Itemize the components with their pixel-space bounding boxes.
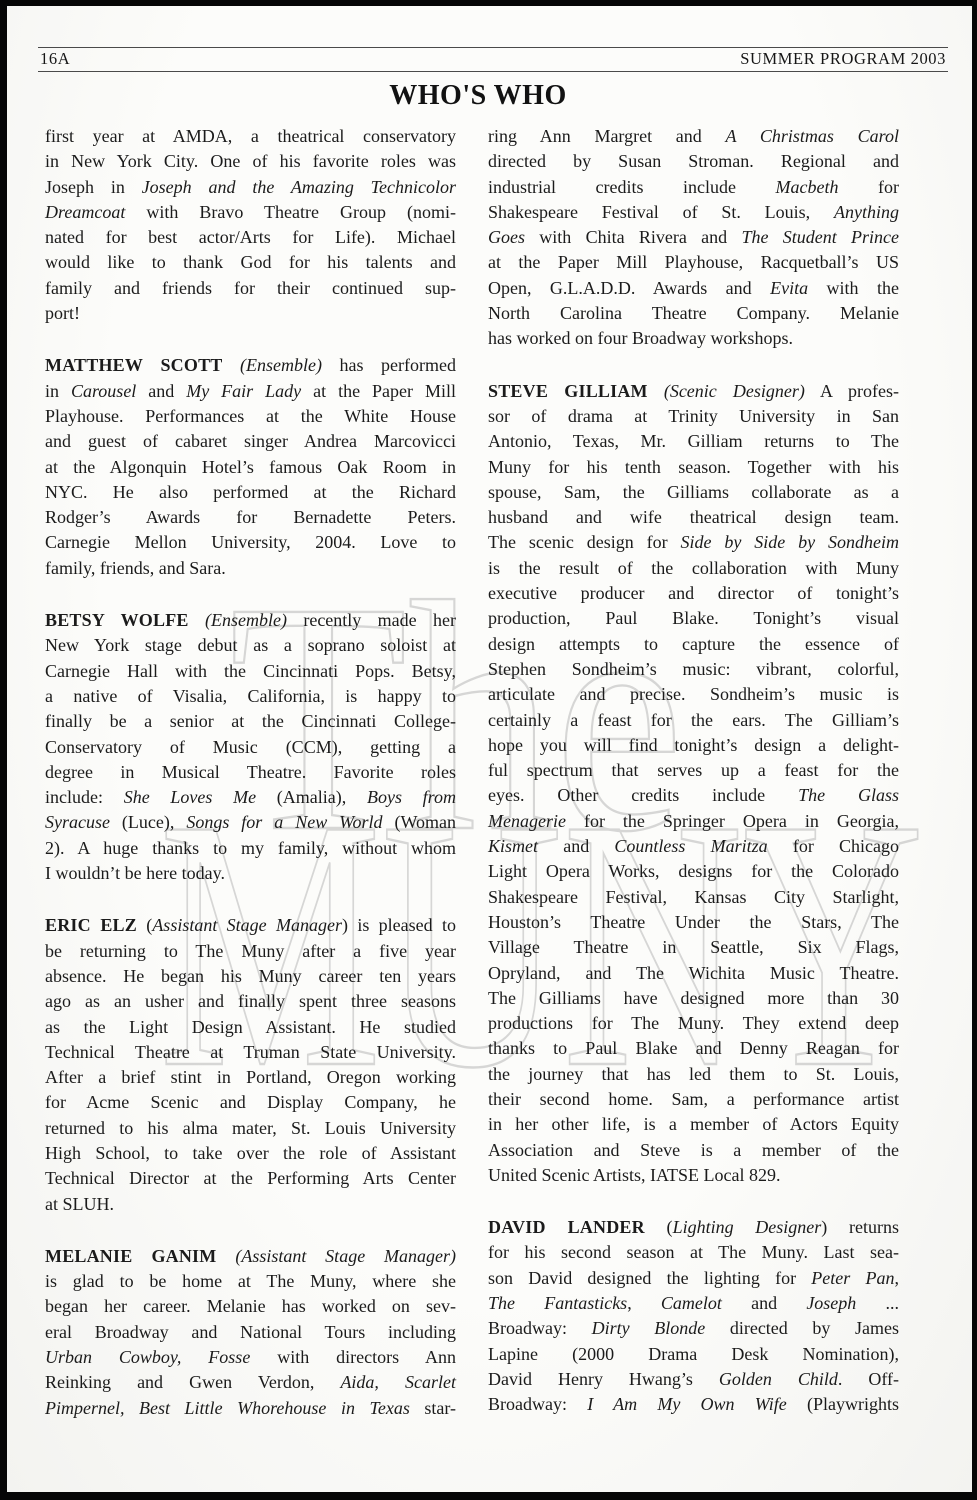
bio-line: would like to thank God for his talents … <box>45 250 456 275</box>
bio-paragraph: ERIC ELZ (Assistant Stage Manager) is pl… <box>45 913 456 1217</box>
bio-line: Conservatory of Music (CCM), getting a <box>45 735 456 760</box>
bio-line: New York stage debut as a soprano solois… <box>45 633 456 658</box>
bio-line: finally be a senior at the Cincinnati Co… <box>45 709 456 734</box>
bio-line: Lapine (2000 Drama Desk Nomination), <box>488 1342 899 1367</box>
column-right: ring Ann Margret and A Christmas Caroldi… <box>488 124 899 1421</box>
bio-line: thanks to Paul Blake and Denny Reagan fo… <box>488 1036 899 1061</box>
bio-line: Kismet and Countless Maritza for Chicago <box>488 834 899 859</box>
bios-content: first year at AMDA, a theatrical conserv… <box>45 124 899 1421</box>
bio-line: first year at AMDA, a theatrical conserv… <box>45 124 456 149</box>
bio-line: include: She Loves Me (Amalia), Boys fro… <box>45 785 456 810</box>
bio-line: Antonio, Texas, Mr. Gilliam returns to T… <box>488 429 899 454</box>
bio-line: The Fantasticks, Camelot and Joseph ... <box>488 1291 899 1316</box>
bio-paragraph: MELANIE GANIM (Assistant Stage Manager)i… <box>45 1244 456 1421</box>
bio-line: executive producer and director of tonig… <box>488 581 899 606</box>
page-title: WHO'S WHO <box>45 80 911 112</box>
bio-line: spouse, Sam, the Gilliams collaborate as… <box>488 480 899 505</box>
bio-line: ring Ann Margret and A Christmas Carol <box>488 124 899 149</box>
bio-line: Syracuse (Luce), Songs for a New World (… <box>45 810 456 835</box>
bio-line: Light Opera Works, designs for the Color… <box>488 859 899 884</box>
bio-line: in her other life, is a member of Actors… <box>488 1112 899 1137</box>
bio-line: DAVID LANDER (Lighting Designer) returns <box>488 1215 899 1240</box>
bio-line: husband and wife theatrical design team. <box>488 505 899 530</box>
bio-paragraph: STEVE GILLIAM (Scenic Designer) A profes… <box>488 379 899 1189</box>
bio-line: Village Theatre in Seattle, Six Flags, <box>488 935 899 960</box>
bio-line: STEVE GILLIAM (Scenic Designer) A profes… <box>488 379 899 404</box>
bio-line: Stephen Sondheim’s music: vibrant, color… <box>488 657 899 682</box>
bio-line: is the result of the collaboration with … <box>488 556 899 581</box>
bio-line: son David designed the lighting for Pete… <box>488 1266 899 1291</box>
bio-line: The Gilliams have designed more than 30 <box>488 986 899 1011</box>
bio-line: a native of Visalia, California, is happ… <box>45 684 456 709</box>
bio-line: Association and Steve is a member of the <box>488 1138 899 1163</box>
column-left: first year at AMDA, a theatrical conserv… <box>45 124 456 1421</box>
bio-line: Reinking and Gwen Verdon, Aida, Scarlet <box>45 1370 456 1395</box>
bio-line: Broadway: I Am My Own Wife (Playwrights <box>488 1392 899 1417</box>
program-page: The MUNY 16A SUMMER PROGRAM 2003 WHO'S W… <box>7 6 972 1492</box>
header-rule-bottom <box>38 71 948 72</box>
bio-line: Carnegie Hall with the Cincinnati Pops. … <box>45 659 456 684</box>
scanned-program-page: { "header": { "page_number": "16A", "pro… <box>0 0 977 1500</box>
bio-line: be returning to The Muny after a five ye… <box>45 939 456 964</box>
bio-line: Technical Theatre at Truman State Univer… <box>45 1040 456 1065</box>
program-name: SUMMER PROGRAM 2003 <box>740 49 946 69</box>
bio-line: as the Light Design Assistant. He studie… <box>45 1015 456 1040</box>
bio-paragraph: MATTHEW SCOTT (Ensemble) has performedin… <box>45 353 456 581</box>
bio-line: the journey that has led them to St. Lou… <box>488 1062 899 1087</box>
header-row: 16A SUMMER PROGRAM 2003 <box>38 48 948 71</box>
bio-paragraph: DAVID LANDER (Lighting Designer) returns… <box>488 1215 899 1417</box>
bio-line: Playhouse. Performances at the White Hou… <box>45 404 456 429</box>
bio-line: began her career. Melanie has worked on … <box>45 1294 456 1319</box>
bio-line: Opryland, and The Wichita Music Theatre. <box>488 961 899 986</box>
bio-line: Joseph in Joseph and the Amazing Technic… <box>45 175 456 200</box>
bio-line: industrial credits include Macbeth for <box>488 175 899 200</box>
bio-line: absence. He began his Muny career ten ye… <box>45 964 456 989</box>
bio-line: Broadway: Dirty Blonde directed by James <box>488 1316 899 1341</box>
bio-line: port! <box>45 301 456 326</box>
bio-line: After a brief stint in Portland, Oregon … <box>45 1065 456 1090</box>
bio-line: family, friends, and Sara. <box>45 556 456 581</box>
bio-line: The scenic design for Side by Side by So… <box>488 530 899 555</box>
bio-line: Rodger’s Awards for Bernadette Peters. <box>45 505 456 530</box>
bio-line: BETSY WOLFE (Ensemble) recently made her <box>45 608 456 633</box>
bio-line: Pimpernel, Best Little Whorehouse in Tex… <box>45 1396 456 1421</box>
bio-line: at the Paper Mill Playhouse, Racquetball… <box>488 250 899 275</box>
bio-line: directed by Susan Stroman. Regional and <box>488 149 899 174</box>
bio-line: productions for The Muny. They extend de… <box>488 1011 899 1036</box>
bio-line: design attempts to capture the essence o… <box>488 632 899 657</box>
bio-line: David Henry Hwang’s Golden Child. Off- <box>488 1367 899 1392</box>
bio-line: Shakespeare Festival of St. Louis, Anyth… <box>488 200 899 225</box>
bio-line: sor of drama at Trinity University in Sa… <box>488 404 899 429</box>
page-header: 16A SUMMER PROGRAM 2003 <box>38 47 948 72</box>
bio-line: articulate and precise. Sondheim’s music… <box>488 682 899 707</box>
bio-line: ful spectrum that serves up a feast for … <box>488 758 899 783</box>
bio-line: North Carolina Theatre Company. Melanie <box>488 301 899 326</box>
bio-line: production, Paul Blake. Tonight’s visual <box>488 606 899 631</box>
bio-line: Houston’s Theatre Under the Stars, The <box>488 910 899 935</box>
bio-line: and guest of cabaret singer Andrea Marco… <box>45 429 456 454</box>
bio-line: MATTHEW SCOTT (Ensemble) has performed <box>45 353 456 378</box>
bio-line: Urban Cowboy, Fosse with directors Ann <box>45 1345 456 1370</box>
bio-line: Technical Director at the Performing Art… <box>45 1166 456 1191</box>
bio-line: United Scenic Artists, IATSE Local 829. <box>488 1163 899 1188</box>
bio-paragraph: first year at AMDA, a theatrical conserv… <box>45 124 456 326</box>
bio-line: family and friends for their continued s… <box>45 276 456 301</box>
bio-line: in New York City. One of his favorite ro… <box>45 149 456 174</box>
bio-line: ERIC ELZ (Assistant Stage Manager) is pl… <box>45 913 456 938</box>
bio-line: Shakespeare Festival, Kansas City Starli… <box>488 885 899 910</box>
bio-line: is glad to be home at The Muny, where sh… <box>45 1269 456 1294</box>
bio-line: certainly a feast for the ears. The Gill… <box>488 708 899 733</box>
bio-line: in Carousel and My Fair Lady at the Pape… <box>45 379 456 404</box>
bio-line: degree in Musical Theatre. Favorite role… <box>45 760 456 785</box>
bio-line: ago as an usher and finally spent three … <box>45 989 456 1014</box>
bio-line: at the Algonquin Hotel’s famous Oak Room… <box>45 455 456 480</box>
bio-line: Muny for his tenth season. Together with… <box>488 455 899 480</box>
bio-line: 2). A huge thanks to my family, without … <box>45 836 456 861</box>
bio-line: NYC. He also performed at the Richard <box>45 480 456 505</box>
bio-line: Menagerie for the Springer Opera in Geor… <box>488 809 899 834</box>
bio-line: Open, G.L.A.D.D. Awards and Evita with t… <box>488 276 899 301</box>
bio-paragraph: BETSY WOLFE (Ensemble) recently made her… <box>45 608 456 886</box>
bio-line: eral Broadway and National Tours includi… <box>45 1320 456 1345</box>
bio-line: for Acme Scenic and Display Company, he <box>45 1090 456 1115</box>
bio-line: eyes. Other credits include The Glass <box>488 783 899 808</box>
bio-line: their second home. Sam, a performance ar… <box>488 1087 899 1112</box>
bio-line: Goes with Chita Rivera and The Student P… <box>488 225 899 250</box>
bio-line: returned to his alma mater, St. Louis Un… <box>45 1116 456 1141</box>
bio-line: Carnegie Mellon University, 2004. Love t… <box>45 530 456 555</box>
bio-line: MELANIE GANIM (Assistant Stage Manager) <box>45 1244 456 1269</box>
bio-line: High School, to take over the role of As… <box>45 1141 456 1166</box>
bio-line: I wouldn’t be here today. <box>45 861 456 886</box>
bio-paragraph: ring Ann Margret and A Christmas Caroldi… <box>488 124 899 352</box>
page-number: 16A <box>40 49 70 69</box>
bio-line: at SLUH. <box>45 1192 456 1217</box>
bio-line: has worked on four Broadway workshops. <box>488 326 899 351</box>
bio-line: hope you will find tonight’s design a de… <box>488 733 899 758</box>
bio-line: Dreamcoat with Bravo Theatre Group (nomi… <box>45 200 456 225</box>
bio-line: for his second season at The Muny. Last … <box>488 1240 899 1265</box>
bio-line: nated for best actor/Arts for Life). Mic… <box>45 225 456 250</box>
